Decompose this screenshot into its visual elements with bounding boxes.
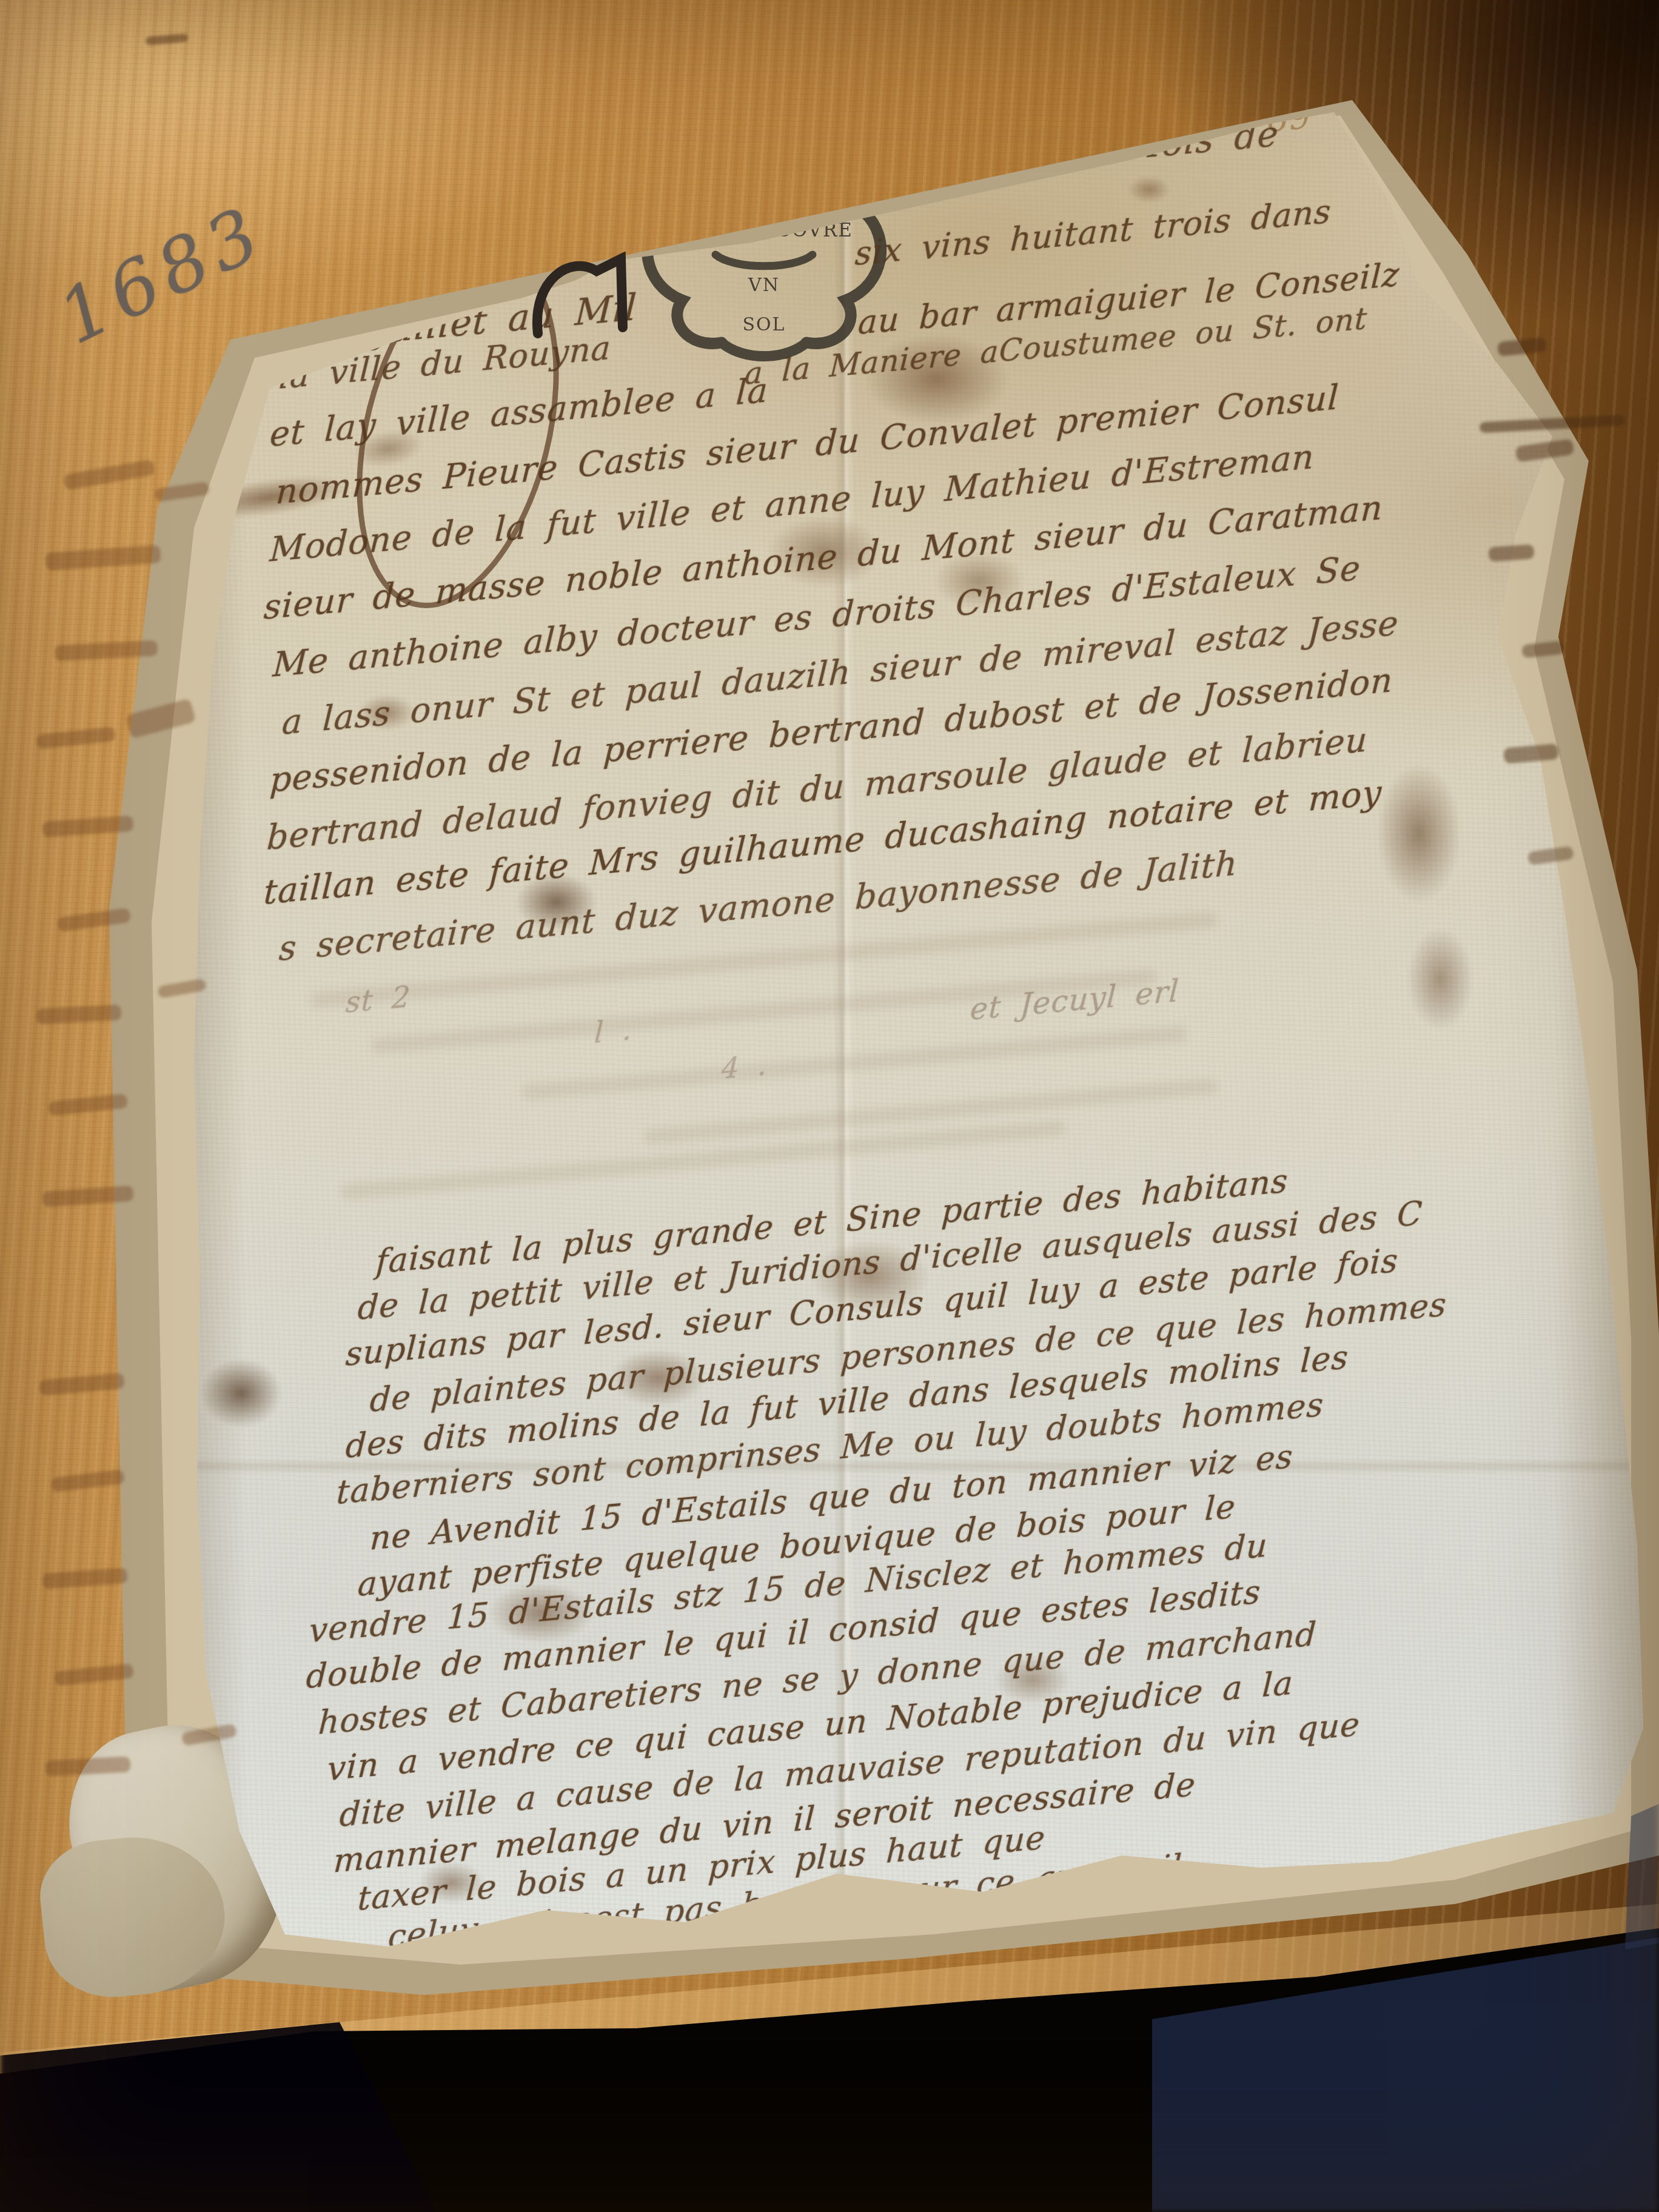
dark-corner-top-right <box>0 0 1659 2212</box>
photograph: GEN DE MONT DOIXITSICOVRE VN SOL 69 + Tr… <box>0 0 1659 2212</box>
